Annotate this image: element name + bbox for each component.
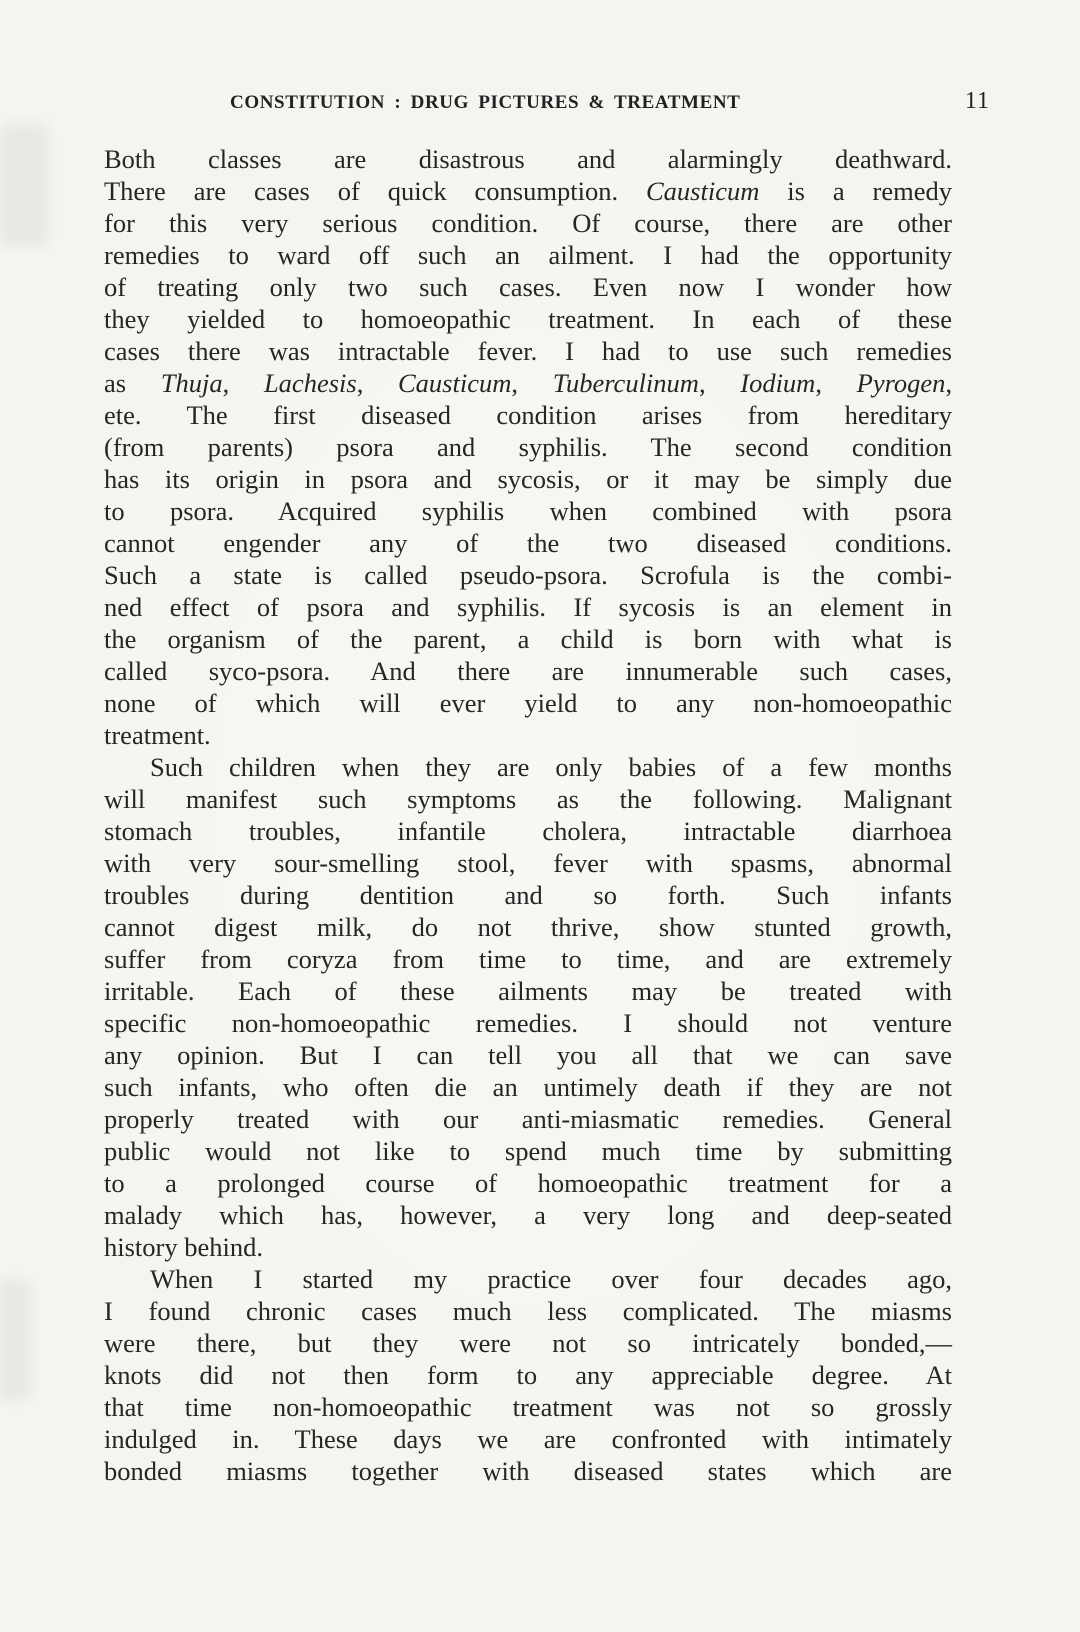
italic-remedy-name: Causticum bbox=[646, 176, 759, 206]
text-line: of treating only two such cases. Even no… bbox=[104, 271, 952, 303]
book-page: CONSTITUTION : DRUG PICTURES & TREATMENT… bbox=[0, 0, 1080, 1632]
text-line: any opinion. But I can tell you all that… bbox=[104, 1039, 952, 1071]
text-line: for this very serious condition. Of cour… bbox=[104, 207, 952, 239]
text-line: history behind. bbox=[104, 1231, 952, 1263]
text-line: (from parents) psora and syphilis. The s… bbox=[104, 431, 952, 463]
text-line: knots did not then form to any appreciab… bbox=[104, 1359, 952, 1391]
text-line: to a prolonged course of homoeopathic tr… bbox=[104, 1167, 952, 1199]
text-line: suffer from coryza from time to time, an… bbox=[104, 943, 952, 975]
text-line: to psora. Acquired syphilis when combine… bbox=[104, 495, 952, 527]
text-line: as Thuja, Lachesis, Causticum, Tuberculi… bbox=[104, 367, 952, 399]
text-line: ned effect of psora and syphilis. If syc… bbox=[104, 591, 952, 623]
paragraph: Such children when they are only babies … bbox=[104, 751, 952, 1263]
text-line: stomach troubles, infantile cholera, int… bbox=[104, 815, 952, 847]
text-line: cases there was intractable fever. I had… bbox=[104, 335, 952, 367]
italic-remedy-name: Tuberculinum bbox=[553, 368, 699, 398]
text-line: called syco-psora. And there are innumer… bbox=[104, 655, 952, 687]
text-line: will manifest such symptoms as the follo… bbox=[104, 783, 952, 815]
text-line: cannot digest milk, do not thrive, show … bbox=[104, 911, 952, 943]
text-line: cannot engender any of the two diseased … bbox=[104, 527, 952, 559]
text-line: remedies to ward off such an ailment. I … bbox=[104, 239, 952, 271]
running-header: CONSTITUTION : DRUG PICTURES & TREATMENT… bbox=[230, 88, 990, 124]
text-line: with very sour-smelling stool, fever wit… bbox=[104, 847, 952, 879]
text-line: none of which will ever yield to any non… bbox=[104, 687, 952, 719]
running-title: CONSTITUTION : DRUG PICTURES & TREATMENT bbox=[230, 92, 740, 114]
text-line: troubles during dentition and so forth. … bbox=[104, 879, 952, 911]
text-line: indulged in. These days we are confronte… bbox=[104, 1423, 952, 1455]
italic-remedy-name: Iodium bbox=[740, 368, 815, 398]
text-line: public would not like to spend much time… bbox=[104, 1135, 952, 1167]
text-line: When I started my practice over four dec… bbox=[104, 1263, 952, 1295]
italic-remedy-name: Lachesis bbox=[264, 368, 357, 398]
text-line: There are cases of quick consumption. Ca… bbox=[104, 175, 952, 207]
paragraph: When I started my practice over four dec… bbox=[104, 1263, 952, 1487]
text-line: the organism of the parent, a child is b… bbox=[104, 623, 952, 655]
left-margin-shadow bbox=[0, 125, 48, 245]
text-line: ete. The first diseased condition arises… bbox=[104, 399, 952, 431]
paragraph: Both classes are disastrous and alarming… bbox=[104, 143, 952, 751]
left-margin-shadow bbox=[0, 1280, 30, 1400]
text-line: they yielded to homoeopathic treatment. … bbox=[104, 303, 952, 335]
text-line: malady which has, however, a very long a… bbox=[104, 1199, 952, 1231]
text-line: irritable. Each of these ailments may be… bbox=[104, 975, 952, 1007]
text-line: that time non-homoeopathic treatment was… bbox=[104, 1391, 952, 1423]
italic-remedy-name: Causticum bbox=[398, 368, 511, 398]
text-line: has its origin in psora and sycosis, or … bbox=[104, 463, 952, 495]
text-line: properly treated with our anti-miasmatic… bbox=[104, 1103, 952, 1135]
text-line: Such children when they are only babies … bbox=[104, 751, 952, 783]
text-line: specific non-homoeopathic remedies. I sh… bbox=[104, 1007, 952, 1039]
text-line: I found chronic cases much less complica… bbox=[104, 1295, 952, 1327]
text-line: treatment. bbox=[104, 719, 952, 751]
text-line: bonded miasms together with diseased sta… bbox=[104, 1455, 952, 1487]
text-line: were there, but they were not so intrica… bbox=[104, 1327, 952, 1359]
text-line: Both classes are disastrous and alarming… bbox=[104, 143, 952, 175]
italic-remedy-name: Pyrogen bbox=[857, 368, 946, 398]
text-line: Such a state is called pseudo-psora. Scr… bbox=[104, 559, 952, 591]
text-line: such infants, who often die an untimely … bbox=[104, 1071, 952, 1103]
page-number: 11 bbox=[965, 88, 990, 115]
body-text: Both classes are disastrous and alarming… bbox=[104, 143, 952, 1487]
italic-remedy-name: Thuja bbox=[161, 368, 223, 398]
